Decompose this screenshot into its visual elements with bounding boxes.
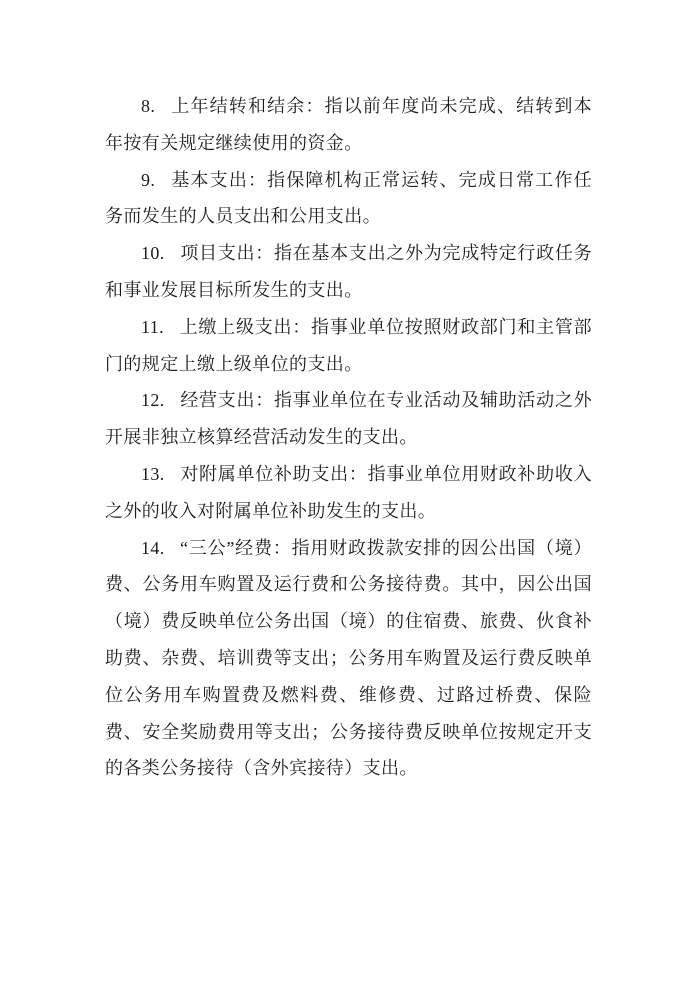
item-number: 13. <box>141 464 165 484</box>
definition-item-13: 13.对附属单位补助支出：指事业单位用财政补助收入之外的收入对附属单位补助发生的… <box>105 456 592 530</box>
item-number: 14. <box>141 538 165 558</box>
item-number: 10. <box>141 243 165 263</box>
item-number: 9. <box>141 170 155 190</box>
item-text: 项目支出：指在基本支出之外为完成特定行政任务和事业发展目标所发生的支出。 <box>105 243 592 300</box>
item-text: 基本支出：指保障机构正常运转、完成日常工作任务而发生的人员支出和公用支出。 <box>105 170 592 227</box>
item-text: 上缴上级支出：指事业单位按照财政部门和主管部门的规定上缴上级单位的支出。 <box>105 317 592 374</box>
definition-item-14: 14.“三公”经费：指用财政拨款安排的因公出国（境）费、公务用车购置及运行费和公… <box>105 530 592 788</box>
definition-item-8: 8.上年结转和结余：指以前年度尚未完成、结转到本年按有关规定继续使用的资金。 <box>105 88 592 162</box>
definition-item-11: 11.上缴上级支出：指事业单位按照财政部门和主管部门的规定上缴上级单位的支出。 <box>105 309 592 383</box>
item-number: 11. <box>141 317 164 337</box>
item-text: 上年结转和结余：指以前年度尚未完成、结转到本年按有关规定继续使用的资金。 <box>105 96 592 153</box>
definition-item-10: 10.项目支出：指在基本支出之外为完成特定行政任务和事业发展目标所发生的支出。 <box>105 235 592 309</box>
document-content: 8.上年结转和结余：指以前年度尚未完成、结转到本年按有关规定继续使用的资金。 9… <box>105 88 592 787</box>
definition-item-9: 9.基本支出：指保障机构正常运转、完成日常工作任务而发生的人员支出和公用支出。 <box>105 162 592 236</box>
item-number: 8. <box>141 96 155 116</box>
document-page: 8.上年结转和结余：指以前年度尚未完成、结转到本年按有关规定继续使用的资金。 9… <box>0 0 700 990</box>
item-number: 12. <box>141 390 165 410</box>
item-text: 对附属单位补助支出：指事业单位用财政补助收入之外的收入对附属单位补助发生的支出。 <box>105 464 592 521</box>
definition-item-12: 12.经营支出：指事业单位在专业活动及辅助活动之外开展非独立核算经营活动发生的支… <box>105 382 592 456</box>
item-text: 经营支出：指事业单位在专业活动及辅助活动之外开展非独立核算经营活动发生的支出。 <box>105 390 592 447</box>
item-text: “三公”经费：指用财政拨款安排的因公出国（境）费、公务用车购置及运行费和公务接待… <box>105 538 592 779</box>
